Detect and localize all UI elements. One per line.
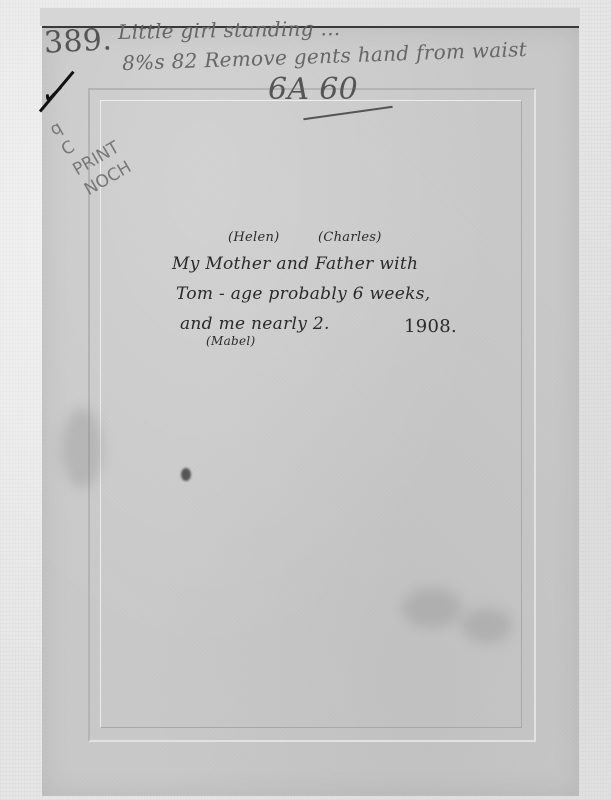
paper-stain — [402, 588, 462, 628]
name-charles: (Charles) — [318, 230, 382, 245]
archive-code: 6A 60 — [268, 72, 358, 107]
caption-line-1: My Mother and Father with — [172, 254, 418, 274]
name-mabel: (Mabel) — [206, 334, 256, 348]
paper-stain — [462, 608, 512, 643]
caption-line-2: Tom - age probably 6 weeks, — [176, 284, 430, 304]
name-helen: (Helen) — [228, 230, 280, 245]
embossed-frame-inner — [100, 100, 522, 728]
inventory-number: 389. — [43, 22, 113, 61]
archive-note-line-1: Little girl standing ... — [118, 16, 341, 44]
caption-year: 1908. — [404, 316, 457, 337]
paper-stain — [62, 408, 102, 488]
caption-line-3: and me nearly 2. — [180, 314, 330, 334]
ink-spot — [181, 468, 191, 481]
